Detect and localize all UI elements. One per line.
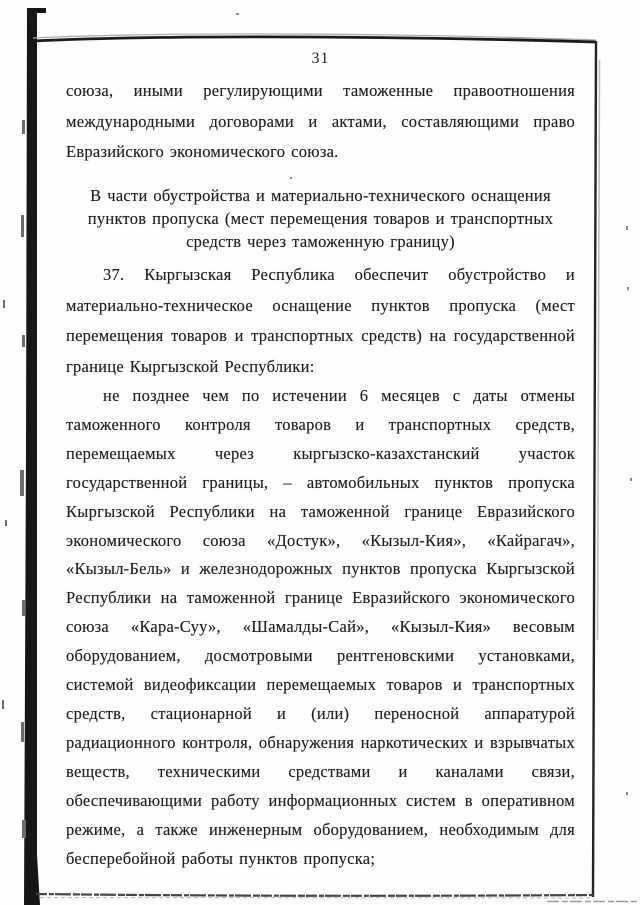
scanned-document-page: 31 союза, иными регулирующими таможенные… xyxy=(0,0,640,905)
top-frame-line xyxy=(33,37,596,42)
left-binding-bar-shape xyxy=(24,8,46,905)
bottom-frame-line xyxy=(36,894,593,896)
section-heading: В части обустройства и материально-техни… xyxy=(66,184,575,253)
right-frame-shadow xyxy=(598,60,600,640)
right-frame-line xyxy=(593,41,596,897)
scan-noise-left xyxy=(2,120,26,838)
top-frame-shadow xyxy=(33,34,596,40)
paragraph-37-subclause: не позднее чем по истечении 6 месяцев с … xyxy=(66,382,575,873)
paragraph-37: 37. Кыргызская Республика обеспечит обус… xyxy=(66,260,575,382)
bottom-frame-shadow xyxy=(40,898,590,899)
page-number: 31 xyxy=(66,50,575,68)
paragraph-continuation: союза, иными регулирующими таможенные пр… xyxy=(66,76,575,168)
